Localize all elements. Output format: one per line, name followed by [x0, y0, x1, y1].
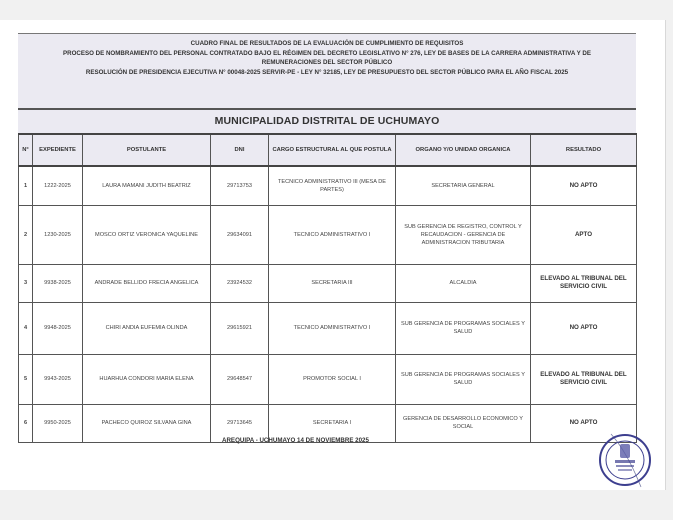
entity-title: MUNICIPALIDAD DISTRITAL DE UCHUMAYO	[18, 108, 636, 133]
cell-dni: 29713753	[211, 166, 269, 205]
col-header-dni: DNI	[211, 134, 269, 166]
col-header-postulante: POSTULANTE	[83, 134, 211, 166]
cell-n: 6	[19, 404, 33, 442]
cell-expediente: 9938-2025	[33, 264, 83, 302]
cell-postulante: HUARHUA CONDORI MARIA ELENA	[83, 354, 211, 404]
cell-organo: SECRETARIA GENERAL	[396, 166, 531, 205]
cell-n: 5	[19, 354, 33, 404]
cell-postulante: CHIRI ANDIA EUFEMIA OLINDA	[83, 302, 211, 354]
col-header-resultado: RESULTADO	[531, 134, 637, 166]
table-row: 3 9938-2025 ANDRADE BELLIDO FRECIA ANGEL…	[19, 264, 637, 302]
cell-resultado: ELEVADO AL TRIBUNAL DEL SERVICIO CIVIL	[531, 264, 637, 302]
place-date: AREQUIPA - UCHUMAYO 14 DE NOVIEMBRE 2025	[222, 437, 369, 444]
cell-resultado: APTO	[531, 205, 637, 264]
col-header-cargo: CARGO ESTRUCTURAL AL QUE POSTULA	[269, 134, 396, 166]
cell-postulante: MOSCO ORTIZ VERONICA YAQUELINE	[83, 205, 211, 264]
table-row: 1 1222-2025 LAURA MAMANI JUDITH BEATRIZ …	[19, 166, 637, 205]
cell-cargo: PROMOTOR SOCIAL I	[269, 354, 396, 404]
table-row: 5 9943-2025 HUARHUA CONDORI MARIA ELENA …	[19, 354, 637, 404]
cell-cargo: TECNICO ADMINISTRATIVO I	[269, 302, 396, 354]
header-title: CUADRO FINAL DE RESULTADOS DE LA EVALUAC…	[18, 39, 636, 49]
cell-cargo: SECRETARIA III	[269, 264, 396, 302]
cell-organo: SUB GERENCIA DE PROGRAMAS SOCIALES Y SAL…	[396, 354, 531, 404]
header-process: PROCESO DE NOMBRAMIENTO DEL PERSONAL CON…	[18, 49, 636, 59]
cell-n: 3	[19, 264, 33, 302]
cell-postulante: PACHECO QUIROZ SILVANA GINA	[83, 404, 211, 442]
cell-organo: GERENCIA DE DESARROLLO ECONOMICO Y SOCIA…	[396, 404, 531, 442]
cell-expediente: 1230-2025	[33, 205, 83, 264]
col-header-expediente: EXPEDIENTE	[33, 134, 83, 166]
cell-postulante: LAURA MAMANI JUDITH BEATRIZ	[83, 166, 211, 205]
cell-dni: 29648547	[211, 354, 269, 404]
col-header-n: N°	[19, 134, 33, 166]
header-process-cont: REMUNERACIONES DEL SECTOR PÚBLICO	[18, 58, 636, 68]
table-row: 2 1230-2025 MOSCO ORTIZ VERONICA YAQUELI…	[19, 205, 637, 264]
cell-n: 2	[19, 205, 33, 264]
cell-expediente: 9943-2025	[33, 354, 83, 404]
official-seal-icon	[597, 432, 653, 488]
cell-resultado: NO APTO	[531, 166, 637, 205]
cell-expediente: 9950-2025	[33, 404, 83, 442]
cell-organo: ALCALDIA	[396, 264, 531, 302]
cell-dni: 23924532	[211, 264, 269, 302]
cell-cargo: TECNICO ADMINISTRATIVO I	[269, 205, 396, 264]
cell-organo: SUB GERENCIA DE PROGRAMAS SOCIALES Y SAL…	[396, 302, 531, 354]
col-header-organo: ORGANO Y/O UNIDAD ORGANICA	[396, 134, 531, 166]
table-row: 4 9948-2025 CHIRI ANDIA EUFEMIA OLINDA 2…	[19, 302, 637, 354]
cell-dni: 29615921	[211, 302, 269, 354]
cell-dni: 29634091	[211, 205, 269, 264]
cell-expediente: 1222-2025	[33, 166, 83, 205]
cell-resultado: NO APTO	[531, 302, 637, 354]
header-resolution: RESOLUCIÓN DE PRESIDENCIA EJECUTIVA N° 0…	[18, 68, 636, 78]
cell-n: 4	[19, 302, 33, 354]
document-header: CUADRO FINAL DE RESULTADOS DE LA EVALUAC…	[18, 33, 636, 108]
cell-postulante: ANDRADE BELLIDO FRECIA ANGELICA	[83, 264, 211, 302]
cell-expediente: 9948-2025	[33, 302, 83, 354]
table-header-row: N° EXPEDIENTE POSTULANTE DNI CARGO ESTRU…	[19, 134, 637, 166]
cell-cargo: TECNICO ADMINISTRATIVO III (MESA DE PART…	[269, 166, 396, 205]
cell-resultado: ELEVADO AL TRIBUNAL DEL SERVICIO CIVIL	[531, 354, 637, 404]
cell-n: 1	[19, 166, 33, 205]
cell-organo: SUB GERENCIA DE REGISTRO, CONTROL Y RECA…	[396, 205, 531, 264]
results-table: N° EXPEDIENTE POSTULANTE DNI CARGO ESTRU…	[18, 133, 637, 443]
